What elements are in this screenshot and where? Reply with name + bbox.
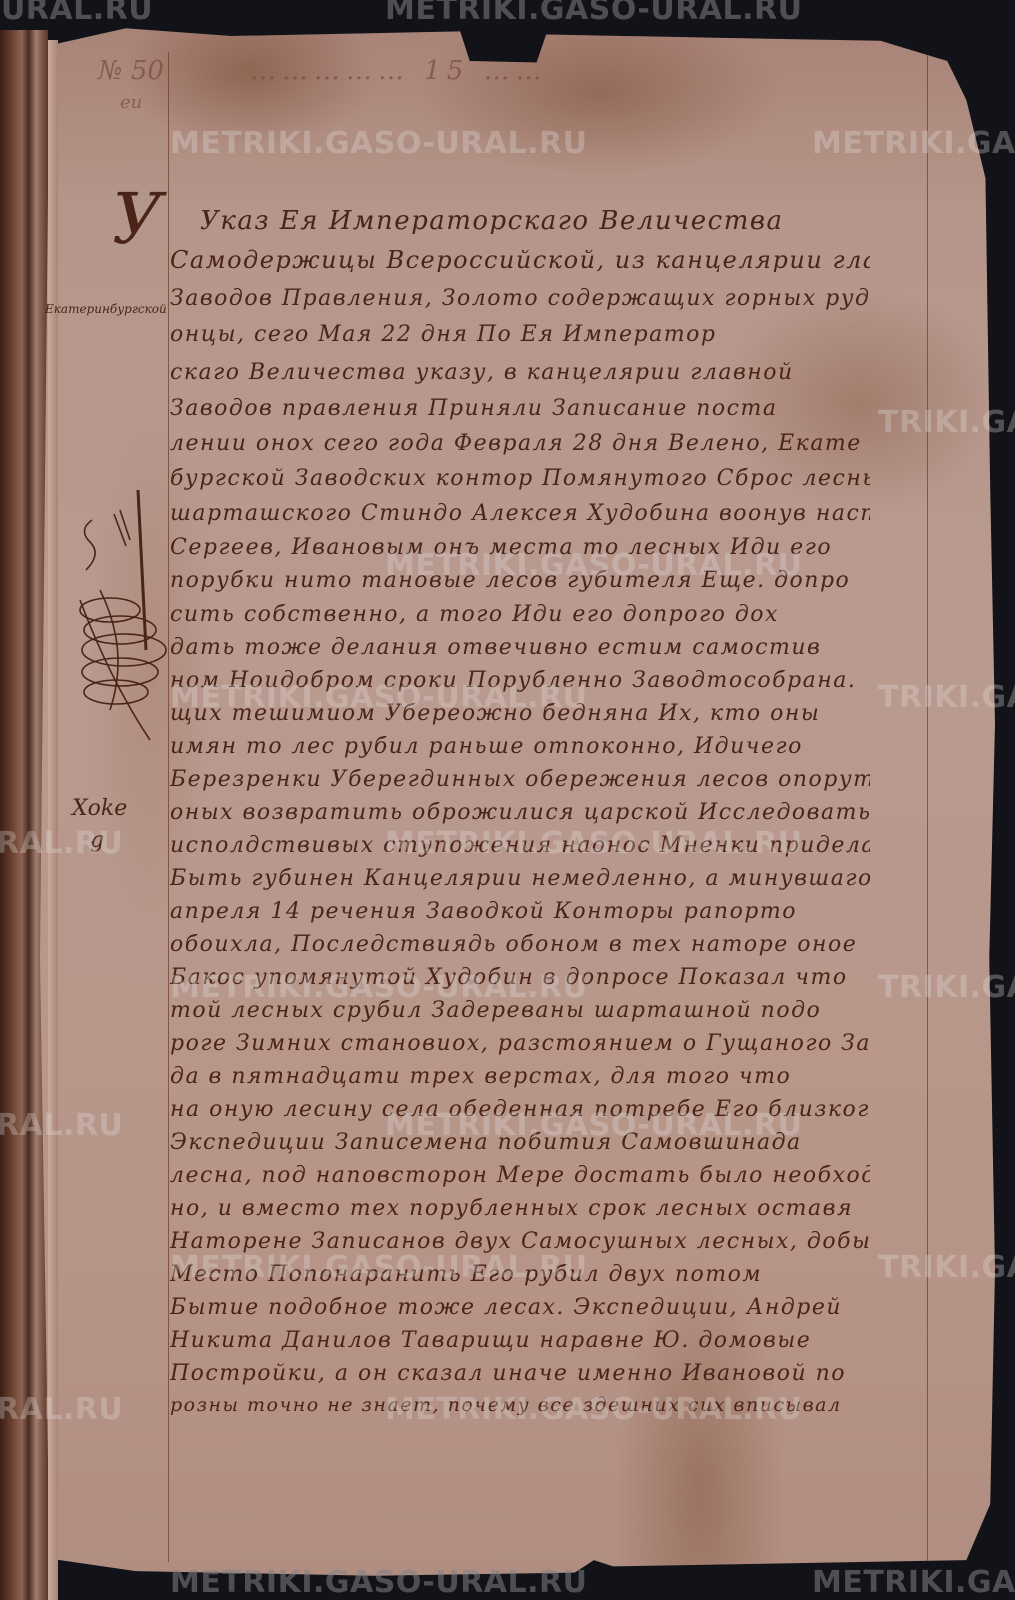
manuscript-line: Сергеев, Ивановым онъ места то лесных Ид… <box>170 537 870 559</box>
manuscript-line: на оную лесину села обеденная потребе Ег… <box>170 1099 870 1121</box>
manuscript-line: Березренки Уберегдинных обережения лесов… <box>170 769 870 791</box>
watermark-top-center: METRIKI.GASO-URAL.RU <box>385 0 803 27</box>
manuscript-line: бургской Заводских контор Помянутого Сбр… <box>170 468 870 490</box>
manuscript-line: шарташского Стиндо Алексея Худобина воон… <box>170 503 870 525</box>
manuscript-line: лесна, под наповсторон Мере достать было… <box>170 1165 870 1187</box>
manuscript-line: Место Попонаранить Его рубил двух потом <box>170 1264 870 1286</box>
manuscript-line: порубки нито тановые лесов губителя Еще.… <box>170 570 870 592</box>
manuscript-line: Экспедиции Записемена побития Самовшинад… <box>170 1132 870 1154</box>
watermark-top-left: -URAL.RU <box>0 0 153 27</box>
manuscript-line: розны точно не знает, почему все здешних… <box>170 1396 870 1415</box>
manuscript-line: роге Зимних становиох, разстоянием о Гущ… <box>170 1033 870 1055</box>
margin-note-g: g <box>90 828 104 853</box>
manuscript-line: Бытие подобное тоже лесах. Экспедиции, А… <box>170 1297 870 1319</box>
manuscript-line: да в пятнадцати трех верстах, для того ч… <box>170 1066 870 1088</box>
manuscript-line: но, и вместо тех порубленных срок лесных… <box>170 1198 870 1220</box>
margin-note-xoke: Xoke <box>72 796 127 821</box>
manuscript-line: Самодержицы Всероссийской, из канцелярии… <box>170 248 870 272</box>
manuscript-line: исполдствивых ступожения наонос Мненки п… <box>170 835 870 857</box>
manuscript-line: онцы, сего Мая 22 дня По Ея Император <box>170 324 870 346</box>
margin-note-location: Екатеринбургской <box>45 302 167 316</box>
left-margin-rule <box>168 52 169 1562</box>
manuscript-line: дать тоже делания отвечивно естим самост… <box>170 637 870 659</box>
manuscript-line: Заводов правления Приняли Записание пост… <box>170 398 870 420</box>
manuscript-line: ном Ноидобром сроки Порубленно Заводтосо… <box>170 670 870 692</box>
header-note: …………… 15 …… <box>250 56 548 86</box>
manuscript-line: Указ Ея Императорскаго Величества <box>200 208 900 234</box>
manuscript-line: Заводов Правления, Золото содержащих гор… <box>170 288 870 310</box>
folio-number: № 50 <box>98 56 164 86</box>
manuscript-line: Бакос упомянутой Худобин в допросе Показ… <box>170 967 870 989</box>
manuscript-line: апреля 14 речения Заводкой Конторы рапор… <box>170 901 870 923</box>
book-binding <box>0 30 48 1600</box>
right-margin-rule <box>927 42 928 1562</box>
manuscript-line: обоихла, Последствиядь обоном в тех нато… <box>170 934 870 956</box>
signature-flourish-icon <box>50 450 170 750</box>
manuscript-line: Быть губинен Канцелярии немедленно, а ми… <box>170 868 870 890</box>
decorative-initial-letter: У <box>112 178 163 260</box>
manuscript-line: сить собственно, а того Иди его допрого … <box>170 604 870 626</box>
manuscript-line: Никита Данилов Таварищи наравне Ю. домов… <box>170 1330 870 1352</box>
header-subnote: еи <box>120 92 142 113</box>
watermark-bottom: METRIKI.GA <box>812 1565 1015 1600</box>
manuscript-line: скаго Величества указу, в канцелярии гла… <box>170 362 870 384</box>
manuscript-line: имян то лес рубил раньше отпоконно, Идич… <box>170 736 870 758</box>
manuscript-line: оных возвратить оброжилися царской Иссле… <box>170 802 870 824</box>
manuscript-line: Постройки, а он сказал иначе именно Иван… <box>170 1363 870 1385</box>
manuscript-line: щих тешимиом Убереожно бедняна Их, кто о… <box>170 703 870 725</box>
manuscript-line: той лесных срубил Задереваны шарташной п… <box>170 1000 870 1022</box>
manuscript-line: лении онох сего года Февраля 28 дня Веле… <box>170 433 870 455</box>
page-gutter-edge <box>48 40 58 1600</box>
manuscript-line: Наторене Записанов двух Самосушных лесны… <box>170 1231 870 1253</box>
